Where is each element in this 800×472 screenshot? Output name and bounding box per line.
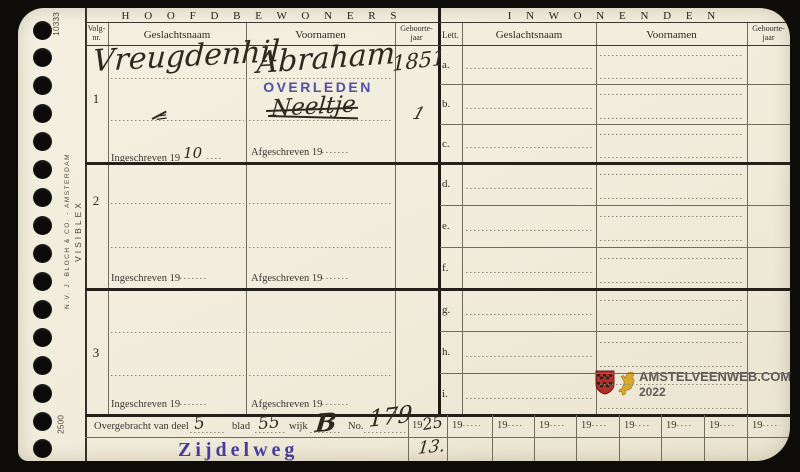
dotted-line xyxy=(600,118,743,119)
col-header-voornamen-right: Voornamen xyxy=(596,29,747,41)
afgeschreven-text: Afgeschreven 19 xyxy=(251,399,322,410)
year-cell-label: 19 xyxy=(581,420,607,431)
dotted-line xyxy=(600,342,743,343)
grid-line xyxy=(747,22,748,415)
dotted-line xyxy=(600,258,743,259)
handwriting-housenumber: 13. xyxy=(417,436,446,459)
dotted-line xyxy=(600,157,743,158)
dotted-line xyxy=(600,78,743,79)
handwriting-year-25: 25 xyxy=(421,412,444,434)
dotted-line xyxy=(600,384,743,385)
dotted-line xyxy=(364,432,406,433)
dotted-line xyxy=(466,314,592,315)
grid-line xyxy=(246,22,247,415)
grid-line xyxy=(447,415,448,461)
row-divider xyxy=(440,373,790,374)
printer-brand: VISIBLEX xyxy=(73,200,83,262)
grid-line xyxy=(747,415,748,461)
dotted-line xyxy=(466,356,592,357)
ingeschreven-text: Ingeschreven 19 xyxy=(111,153,180,164)
printer-imprint-line: N.V. J. BLOCH & CO. - AMSTERDAM xyxy=(64,153,71,309)
street-stamp: Zijdelweg xyxy=(178,439,298,461)
register-card: 10333 N.V. J. BLOCH & CO. - AMSTERDAM VI… xyxy=(18,8,790,461)
section-title-hoofdbewoners: H O O F D B E W O N E R S xyxy=(85,10,439,22)
overgebracht-label: Overgebracht van deel xyxy=(94,421,189,432)
dotted-line xyxy=(249,332,393,333)
no-label: No. xyxy=(348,421,363,432)
year-cell-label: 19 xyxy=(709,420,735,431)
binder-hole xyxy=(33,48,52,67)
binder-hole xyxy=(33,76,52,95)
grid-line xyxy=(704,415,705,461)
watermark-site: AMSTELVEENWEB.COM xyxy=(639,370,790,383)
handwriting-year-mark: 1 xyxy=(410,104,427,124)
dotted-line xyxy=(600,134,743,135)
col-header-geboortejaar-right: Geboorte- jaar xyxy=(747,25,790,42)
handwriting-wijk: B xyxy=(314,407,338,438)
dotted-line xyxy=(600,94,743,95)
blad-label: blad xyxy=(232,421,250,432)
col-header-geslachtsnaam-right: Geslachtsnaam xyxy=(462,29,596,41)
row-separator-thick xyxy=(85,288,790,291)
dotted-line xyxy=(600,174,743,175)
watermark-year: 2022 xyxy=(639,385,790,399)
inwonenden-row-letter: h. xyxy=(442,331,460,373)
inwonenden-row-letter: c. xyxy=(442,124,460,163)
ingeschreven-label-row3: Ingeschreven 19 xyxy=(111,399,206,410)
row-divider xyxy=(440,247,790,248)
inwonenden-row-letter: i. xyxy=(442,373,460,415)
row-divider xyxy=(440,84,790,85)
binder-hole xyxy=(33,188,52,207)
afgeschreven-label-row1: Afgeschreven 19 xyxy=(251,147,348,158)
year-cell-label: 19 xyxy=(497,420,522,431)
dotted-line xyxy=(466,230,592,231)
binder-hole xyxy=(33,21,52,40)
handwriting-ingeschreven-year: 10 xyxy=(183,144,202,162)
dotted-line xyxy=(466,272,592,273)
binder-hole xyxy=(33,216,52,235)
binder-hole xyxy=(33,356,52,375)
handwriting-blad: 55 xyxy=(257,412,280,434)
binder-hole xyxy=(33,244,52,263)
inwonenden-row-letter: e. xyxy=(442,205,460,247)
row2-number: 2 xyxy=(86,193,106,209)
dotted-line xyxy=(111,247,244,248)
binder-hole xyxy=(33,160,52,179)
afgeschreven-text: Afgeschreven 19 xyxy=(251,273,322,284)
grid-line xyxy=(596,22,597,415)
stub-divider-line xyxy=(85,8,87,461)
dotted-line xyxy=(249,203,393,204)
section-title-inwonenden: I N W O N E N D E N xyxy=(439,10,790,22)
row1-number: 1 xyxy=(86,91,106,107)
dotted-line xyxy=(111,375,244,376)
dotted-line xyxy=(600,300,743,301)
dotted-line xyxy=(600,324,743,325)
dotted-line xyxy=(600,55,743,56)
ingeschreven-text: Ingeschreven 19 xyxy=(111,273,180,284)
inwonenden-row-letter: b. xyxy=(442,84,460,124)
row3-number: 3 xyxy=(86,345,106,361)
grid-line xyxy=(85,22,790,23)
row-divider xyxy=(440,331,790,332)
inwonenden-row-letter: d. xyxy=(442,163,460,205)
dotted-line xyxy=(466,147,592,148)
binder-hole xyxy=(33,104,52,123)
binder-hole xyxy=(33,272,52,291)
col-header-volgnr: Volg- nr. xyxy=(85,25,108,42)
year-cell-label: 19 xyxy=(452,420,480,431)
year-first-printed: 19 xyxy=(412,420,423,431)
binder-hole xyxy=(33,132,52,151)
grid-line xyxy=(108,22,109,415)
col-header-geboortejaar-left-line2: jaar xyxy=(395,34,438,43)
grid-line xyxy=(619,415,620,461)
col-header-volgnr-line2: nr. xyxy=(85,34,108,43)
dotted-line xyxy=(600,282,743,283)
afgeschreven-text: Afgeschreven 19 xyxy=(251,147,322,158)
binder-hole xyxy=(33,384,52,403)
handwriting-no: 179 xyxy=(368,401,413,433)
binder-hole xyxy=(33,439,52,458)
stub-serial-bottom-text: 2500 xyxy=(55,415,65,434)
dotted-line xyxy=(600,366,743,367)
dotted-line xyxy=(190,432,224,433)
year-cell-label: 19 xyxy=(624,420,649,431)
binder-hole xyxy=(33,412,52,431)
grid-line xyxy=(576,415,577,461)
afgeschreven-label-row2: Afgeschreven 19 xyxy=(251,273,348,284)
dotted-line xyxy=(600,216,743,217)
year-cell-label: 19 xyxy=(752,420,778,431)
dotted-line xyxy=(466,68,592,69)
dotted-line xyxy=(111,332,244,333)
year-cell-label: 19 xyxy=(539,420,564,431)
ingeschreven-label-row2: Ingeschreven 19 xyxy=(111,273,206,284)
inwonenden-row-letter: g. xyxy=(442,289,460,331)
grid-line xyxy=(462,22,463,415)
wijk-label: wijk xyxy=(289,421,308,432)
dotted-line xyxy=(600,408,743,409)
ingeschreven-label-row1: Ingeschreven 1910 xyxy=(111,147,223,165)
year-cell-label: 19 xyxy=(666,420,692,431)
dotted-line xyxy=(111,120,244,121)
row-divider xyxy=(440,205,790,206)
handwriting-deel: 5 xyxy=(193,413,206,434)
stub-serial-bottom: 2500 xyxy=(54,407,67,443)
binder-hole xyxy=(33,328,52,347)
dotted-line xyxy=(466,108,592,109)
dotted-line xyxy=(310,432,342,433)
dotted-line xyxy=(111,78,244,79)
dotted-line xyxy=(111,203,244,204)
ingeschreven-text: Ingeschreven 19 xyxy=(111,399,180,410)
inwonenden-row-letter: a. xyxy=(442,45,460,84)
col-header-geboortejaar-left: Geboorte- jaar xyxy=(395,25,438,42)
binder-hole xyxy=(33,300,52,319)
grid-line xyxy=(395,22,396,415)
grid-line xyxy=(534,415,535,461)
dotted-line xyxy=(600,240,743,241)
dotted-line xyxy=(466,188,592,189)
dotted-line xyxy=(249,375,393,376)
stub-serial-top-text: 10333 xyxy=(51,12,61,36)
col-header-lett: Lett. xyxy=(439,30,462,40)
grid-line xyxy=(661,415,662,461)
dotted-line xyxy=(255,432,285,433)
dotted-line xyxy=(600,198,743,199)
col-header-geboortejaar-right-line2: jaar xyxy=(747,34,790,43)
row-divider xyxy=(440,124,790,125)
grid-line xyxy=(492,415,493,461)
inwonenden-row-letter: f. xyxy=(442,247,460,289)
dotted-line xyxy=(249,247,393,248)
dotted-line xyxy=(466,398,592,399)
